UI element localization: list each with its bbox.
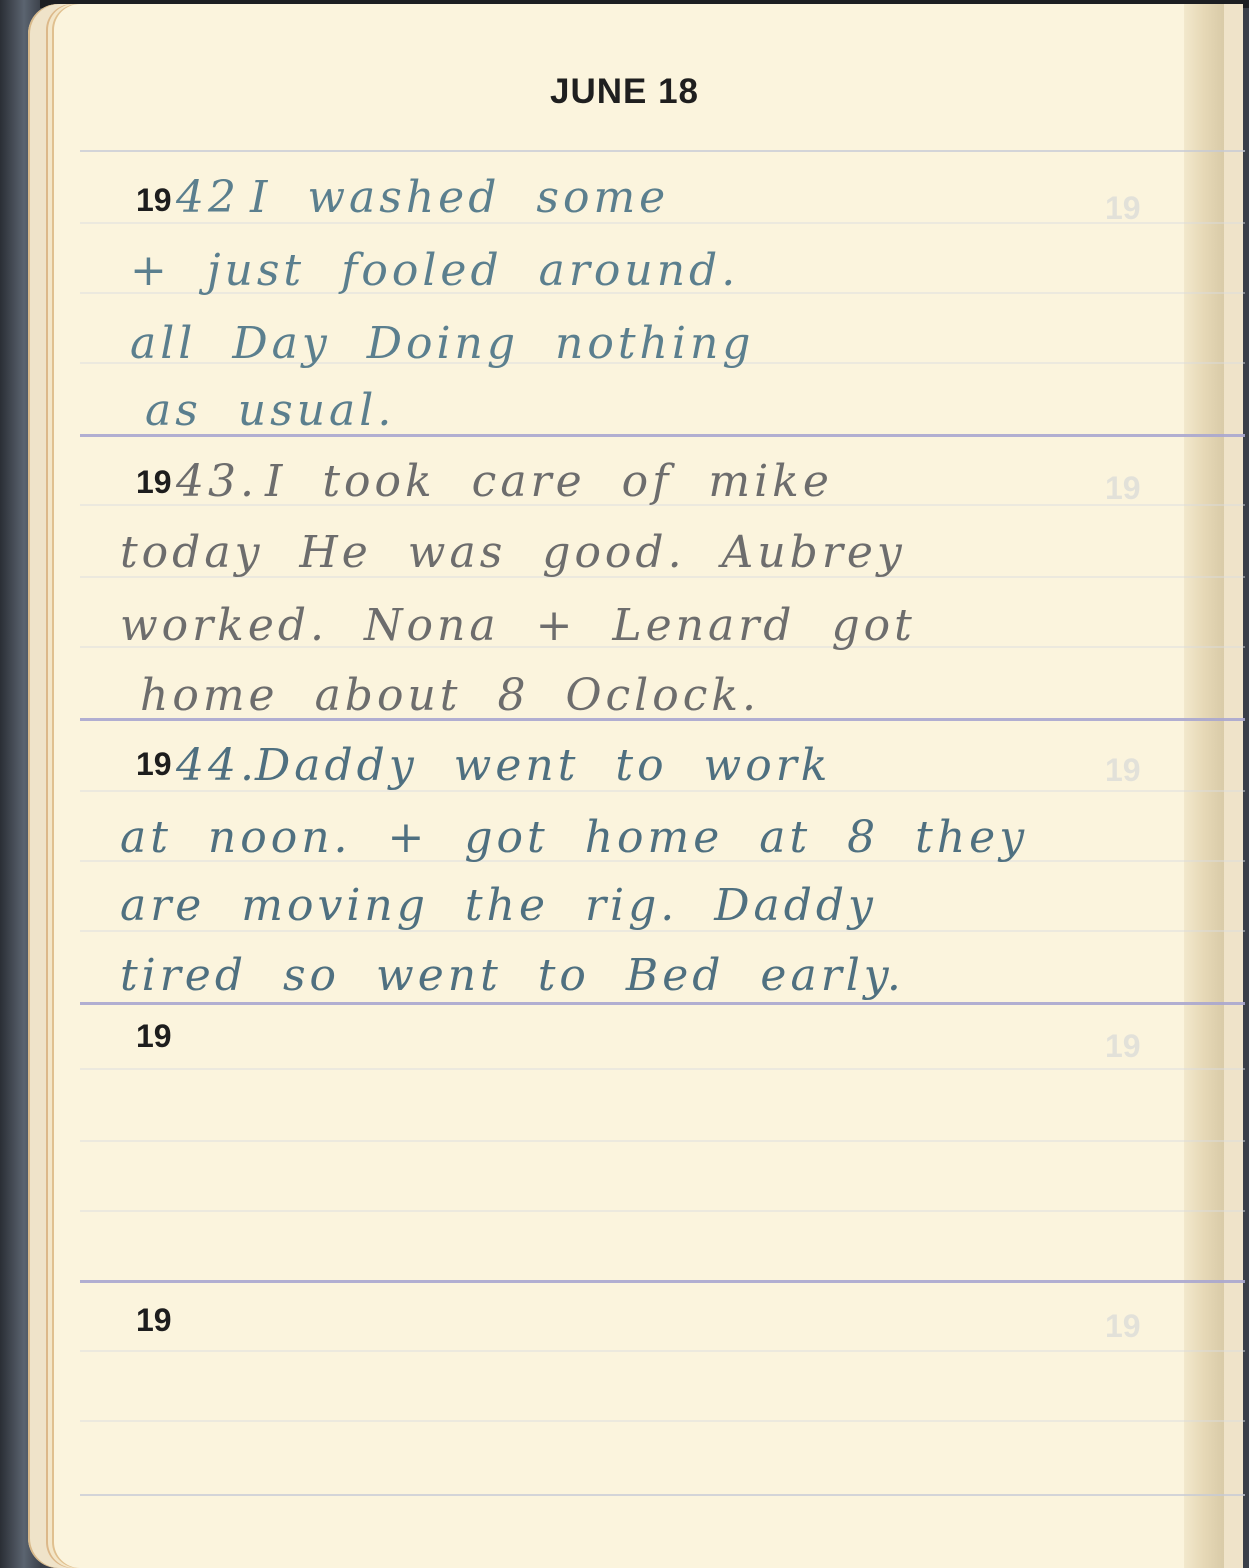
entry-line: today He was good. Aubrey [120,527,906,578]
year-label: 19 [136,1018,172,1055]
ruling-line [80,1210,1245,1212]
entry-line: home about 8 Oclock. [140,670,760,721]
ruling-line [80,1494,1245,1496]
page-gutter [1184,4,1224,1568]
section-divider [80,1280,1245,1283]
bleedthrough-year: 19 [1105,470,1141,507]
ruling-line [80,1420,1245,1422]
ruling-line [80,1068,1245,1070]
ruling-line [80,1350,1245,1352]
year-label: 19 [136,182,172,219]
year-handwritten-suffix: 44. [176,740,258,791]
entry-line: all Day Doing nothing [130,318,754,369]
entry-line: at noon. + got home at 8 they [120,812,1028,863]
entry-line: are moving the rig. Daddy [120,880,877,931]
year-label: 19 [136,746,172,783]
entry-line: tired so went to Bed early. [120,950,905,1001]
section-divider [80,1002,1245,1005]
entry-line: I washed some [250,172,669,223]
year-handwritten-suffix: 43. [176,456,258,507]
entry-line: + just fooled around. [130,245,739,296]
entry-line: as usual. [145,385,395,436]
entry-line: worked. Nona + Lenard got [120,600,916,651]
entry-line: Daddy went to work [255,740,831,791]
bleedthrough-year: 19 [1105,1308,1141,1345]
bleedthrough-year: 19 [1105,1028,1141,1065]
page-title: JUNE 18 [0,72,1249,112]
ruling-line [80,1140,1245,1142]
year-handwritten-suffix: 42 [176,172,240,223]
ruling-line [80,150,1245,152]
year-label: 19 [136,1302,172,1339]
entry-line: I took care of mike [265,456,833,507]
bleedthrough-year: 19 [1105,752,1141,789]
bleedthrough-year: 19 [1105,190,1141,227]
year-label: 19 [136,464,172,501]
